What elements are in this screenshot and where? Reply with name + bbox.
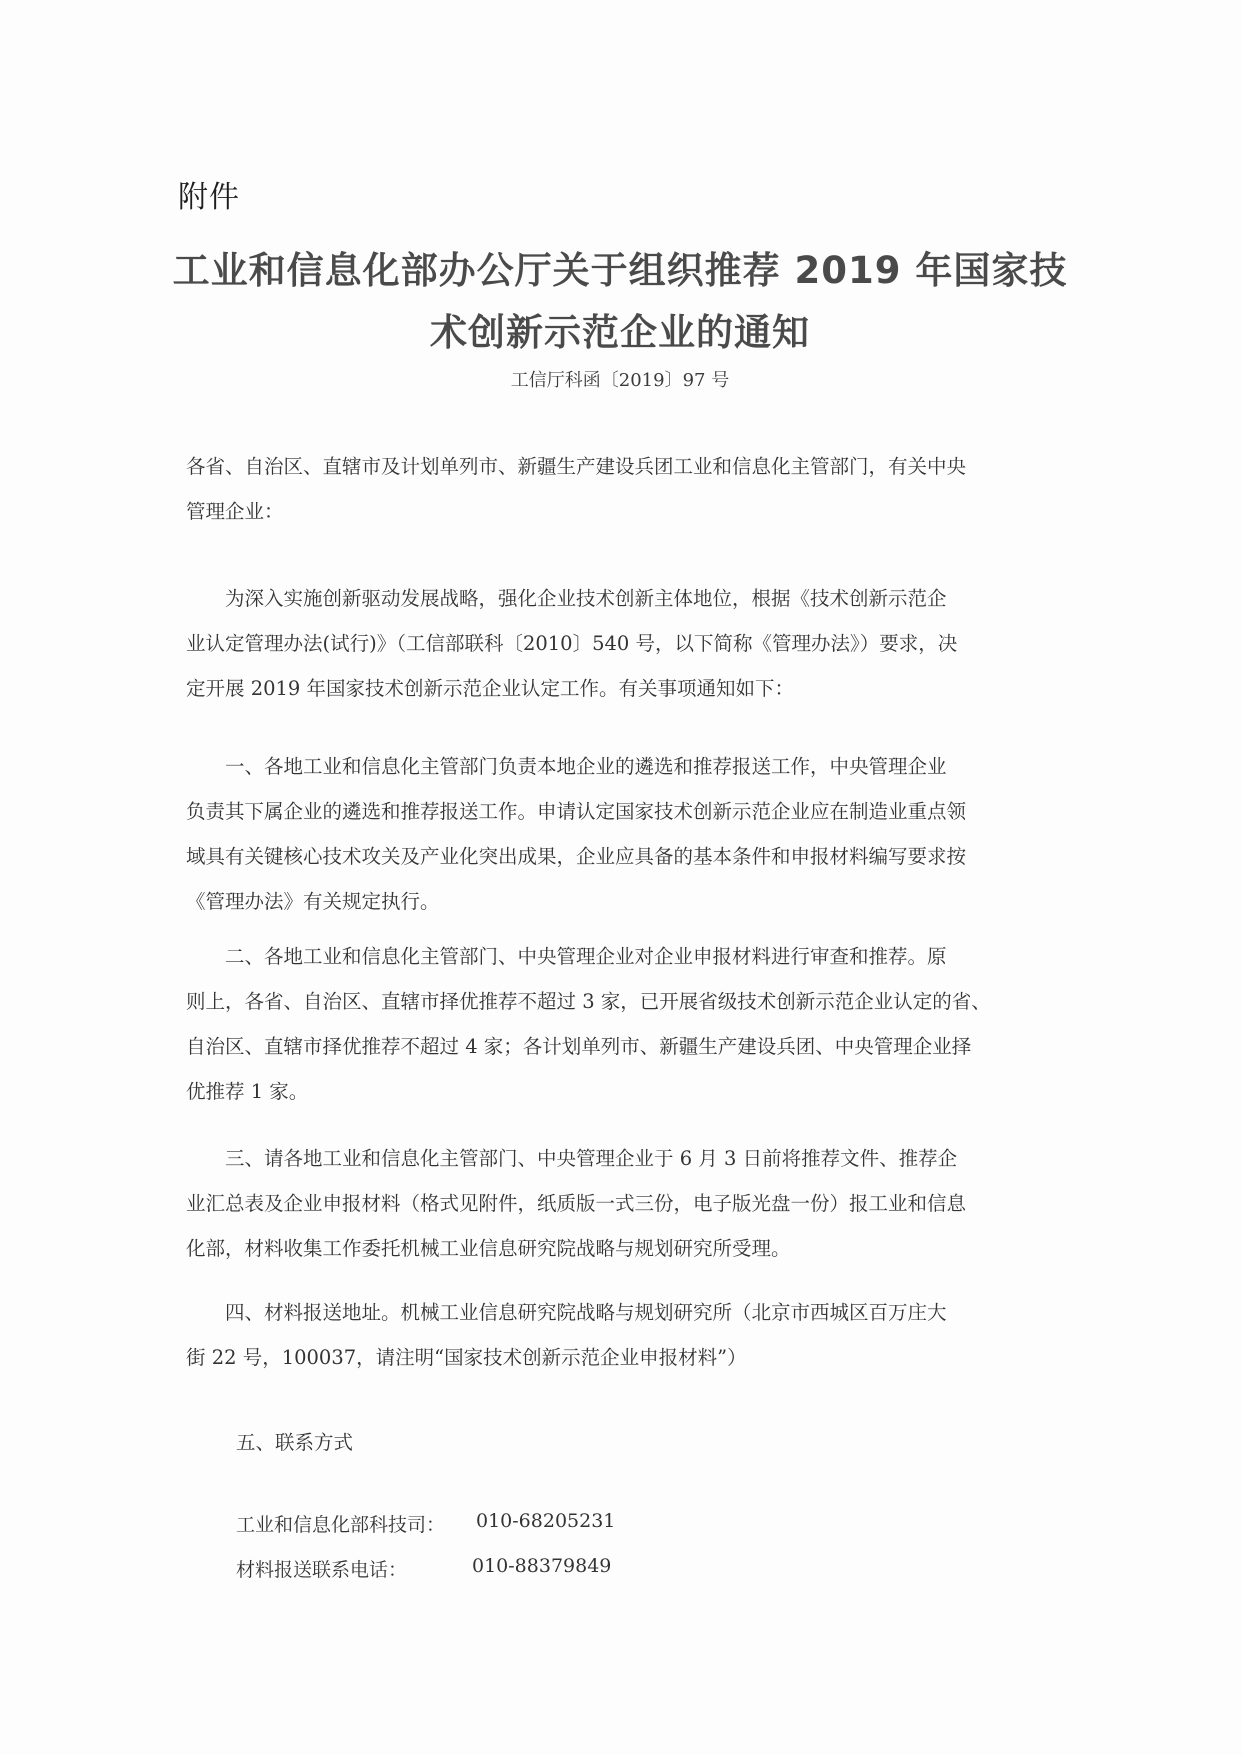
item-3-paragraph: 三、请各地工业和信息化主管部门、中央管理企业于 6 月 3 日前将推荐文件、推荐… <box>186 1136 1066 1271</box>
contact-phone: 010-68205231 <box>476 1510 615 1532</box>
contact-label: 材料报送联系电话： <box>236 1559 407 1581</box>
paragraph-line: 化部，材料收集工作委托机械工业信息研究院战略与规划研究所受理。 <box>186 1226 1066 1271</box>
item-2-paragraph: 二、各地工业和信息化主管部门、中央管理企业对企业申报材料进行审查和推荐。原 则上… <box>186 934 1066 1114</box>
salutation-line: 各省、自治区、直辖市及计划单列市、新疆生产建设兵团工业和信息化主管部门，有关中央 <box>186 444 1066 489</box>
item-4-paragraph: 四、材料报送地址。机械工业信息研究院战略与规划研究所（北京市西城区百万庄大 街 … <box>186 1290 1066 1380</box>
paragraph-line: 四、材料报送地址。机械工业信息研究院战略与规划研究所（北京市西城区百万庄大 <box>186 1290 1066 1335</box>
document-title-line-2: 术创新示范企业的通知 <box>150 302 1090 356</box>
paragraph-line: 自治区、直辖市择优推荐不超过 4 家；各计划单列市、新疆生产建设兵团、中央管理企… <box>186 1024 1066 1069</box>
paragraph-line: 优推荐 1 家。 <box>186 1069 1066 1114</box>
document-page: 附件 工业和信息化部办公厅关于组织推荐 2019 年国家技 术创新示范企业的通知… <box>0 0 1242 1755</box>
paragraph-line: 域具有关键核心技术攻关及产业化突出成果，企业应具备的基本条件和申报材料编写要求按 <box>186 834 1066 879</box>
paragraph-line: 三、请各地工业和信息化主管部门、中央管理企业于 6 月 3 日前将推荐文件、推荐… <box>186 1136 1066 1181</box>
paragraph-line: 二、各地工业和信息化主管部门、中央管理企业对企业申报材料进行审查和推荐。原 <box>186 934 1066 979</box>
item-5-heading: 五、联系方式 <box>236 1420 1116 1465</box>
document-number: 工信厅科函〔2019〕97 号 <box>150 366 1090 392</box>
contact-row: 材料报送联系电话： 010-88379849 <box>236 1555 407 1582</box>
paragraph-line: 业汇总表及企业申报材料（格式见附件，纸质版一式三份，电子版光盘一份）报工业和信息 <box>186 1181 1066 1226</box>
paragraph-line: 为深入实施创新驱动发展战略，强化企业技术创新主体地位，根据《技术创新示范企 <box>186 576 1066 621</box>
paragraph-line: 则上，各省、自治区、直辖市择优推荐不超过 3 家，已开展省级技术创新示范企业认定… <box>186 979 1066 1024</box>
contact-label: 工业和信息化部科技司： <box>236 1514 445 1536</box>
paragraph-line: 业认定管理办法(试行)》（工信部联科〔2010〕540 号，以下简称《管理办法》… <box>186 621 1066 666</box>
contact-phone: 010-88379849 <box>472 1555 611 1577</box>
document-title-line-1: 工业和信息化部办公厅关于组织推荐 2019 年国家技 <box>150 240 1090 294</box>
paragraph-line: 街 22 号，100037，请注明“国家技术创新示范企业申报材料”） <box>186 1335 1066 1380</box>
paragraph-line: 一、各地工业和信息化主管部门负责本地企业的遴选和推荐报送工作，中央管理企业 <box>186 744 1066 789</box>
paragraph-line: 负责其下属企业的遴选和推荐报送工作。申请认定国家技术创新示范企业应在制造业重点领 <box>186 789 1066 834</box>
salutation: 各省、自治区、直辖市及计划单列市、新疆生产建设兵团工业和信息化主管部门，有关中央… <box>186 444 1066 534</box>
contact-row: 工业和信息化部科技司： 010-68205231 <box>236 1510 445 1537</box>
salutation-line: 管理企业： <box>186 489 1066 534</box>
paragraph-line: 定开展 2019 年国家技术创新示范企业认定工作。有关事项通知如下： <box>186 666 1066 711</box>
item-1-paragraph: 一、各地工业和信息化主管部门负责本地企业的遴选和推荐报送工作，中央管理企业 负责… <box>186 744 1066 924</box>
paragraph-line: 《管理办法》有关规定执行。 <box>186 879 1066 924</box>
intro-paragraph: 为深入实施创新驱动发展战略，强化企业技术创新主体地位，根据《技术创新示范企 业认… <box>186 576 1066 711</box>
attachment-label: 附件 <box>178 172 240 216</box>
